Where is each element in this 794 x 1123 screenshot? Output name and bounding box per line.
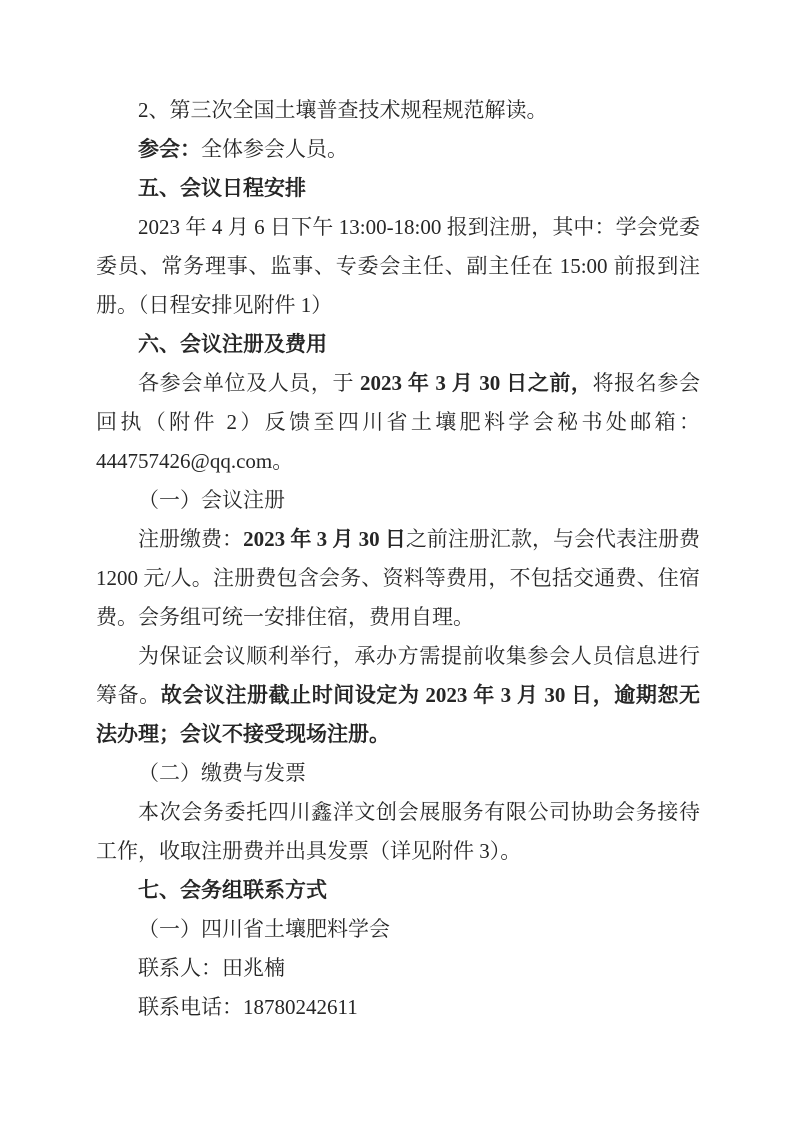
- text-run: 六、会议注册及费用: [138, 332, 327, 356]
- text-run: 七、会务组联系方式: [138, 878, 327, 902]
- sub-heading-registration: （一）会议注册: [96, 481, 700, 520]
- text-run: 参会：: [138, 137, 201, 161]
- text-run: 本次会务委托四川鑫洋文创会展服务有限公司协助会务接待工作，收取注册费并出具发票（…: [96, 800, 700, 863]
- registration-fee-paragraph: 注册缴费：2023 年 3 月 30 日之前注册汇款，与会代表注册费 1200 …: [96, 520, 700, 637]
- text-run: 2、第三次全国土壤普查技术规程规范解读。: [138, 98, 548, 122]
- text-run: 2023 年 3 月 30 日: [243, 527, 406, 551]
- text-run: 2023 年 3 月 30 日之前，: [360, 371, 593, 395]
- text-run: 各参会单位及人员，于: [138, 371, 360, 395]
- schedule-paragraph: 2023 年 4 月 6 日下午 13:00-18:00 报到注册，其中：学会党…: [96, 208, 700, 325]
- contact-person-line: 联系人：田兆楠: [96, 949, 700, 988]
- sub-heading-payment-invoice: （二）缴费与发票: [96, 754, 700, 793]
- contact-org-line: （一）四川省土壤肥料学会: [96, 910, 700, 949]
- heading-section-5: 五、会议日程安排: [96, 169, 700, 208]
- text-run: 注册缴费：: [138, 527, 243, 551]
- text-run: 全体参会人员。: [201, 137, 348, 161]
- contact-phone-line: 联系电话：18780242611: [96, 988, 700, 1027]
- text-run: 联系电话：18780242611: [138, 995, 358, 1019]
- attendees-line: 参会：全体参会人员。: [96, 130, 700, 169]
- document-body: 2、第三次全国土壤普查技术规程规范解读。参会：全体参会人员。五、会议日程安排20…: [96, 91, 700, 1027]
- text-run: 五、会议日程安排: [138, 176, 306, 200]
- text-run: 2023 年 4 月 6 日下午 13:00-18:00 报到注册，其中：学会党…: [96, 215, 700, 317]
- text-run: （一）四川省土壤肥料学会: [138, 917, 390, 941]
- deadline-paragraph: 为保证会议顺利举行，承办方需提前收集参会人员信息进行筹备。故会议注册截止时间设定…: [96, 637, 700, 754]
- registration-reply-paragraph: 各参会单位及人员，于 2023 年 3 月 30 日之前，将报名参会回执（附件 …: [96, 364, 700, 481]
- text-run: （二）缴费与发票: [138, 761, 306, 785]
- text-run: （一）会议注册: [138, 488, 285, 512]
- invoice-paragraph: 本次会务委托四川鑫洋文创会展服务有限公司协助会务接待工作，收取注册费并出具发票（…: [96, 793, 700, 871]
- heading-section-6: 六、会议注册及费用: [96, 325, 700, 364]
- text-run: 联系人：田兆楠: [138, 956, 285, 980]
- list-item-topic-2: 2、第三次全国土壤普查技术规程规范解读。: [96, 91, 700, 130]
- text-run: 故会议注册截止时间设定为 2023 年 3 月 30 日，逾期恕无法办理；会议不…: [96, 683, 700, 746]
- heading-section-7: 七、会务组联系方式: [96, 871, 700, 910]
- document-page: 2、第三次全国土壤普查技术规程规范解读。参会：全体参会人员。五、会议日程安排20…: [0, 0, 794, 1123]
